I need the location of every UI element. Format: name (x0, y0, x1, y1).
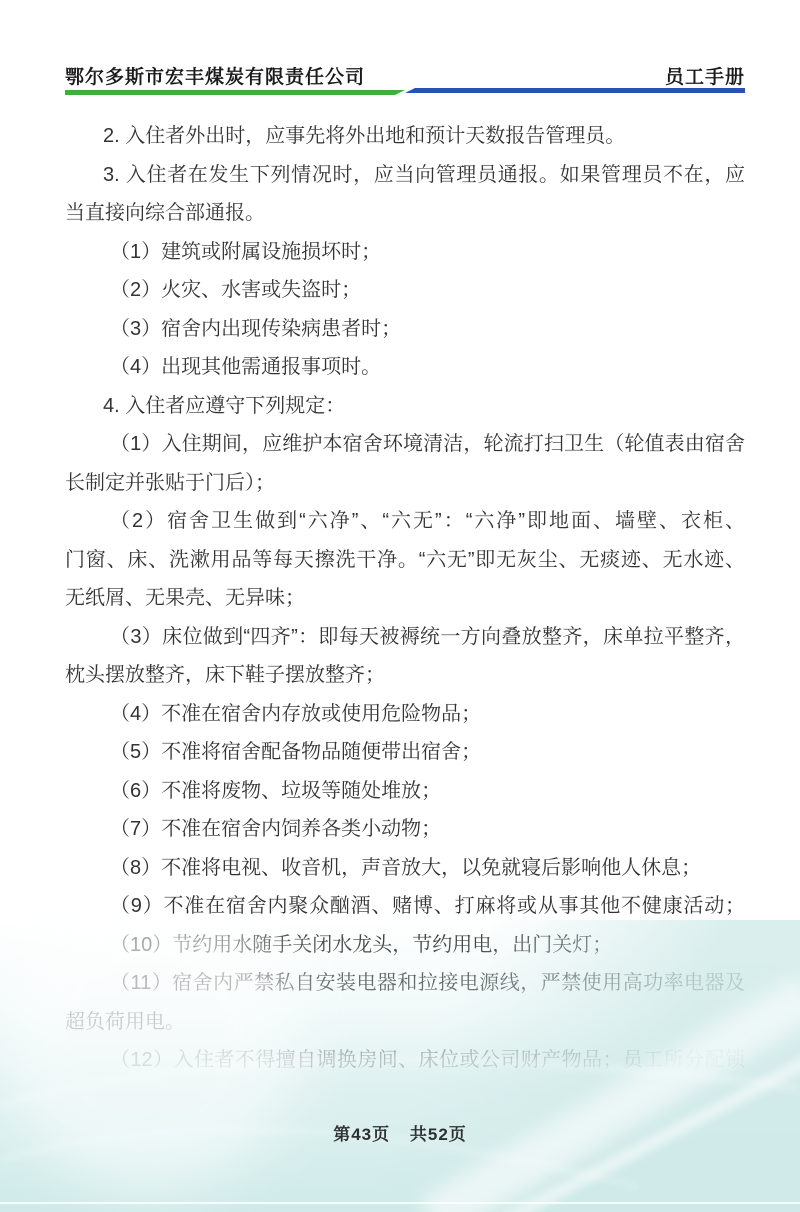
header-company-name: 鄂尔多斯市宏丰煤炭有限责任公司 (65, 62, 365, 89)
footer-wave-art (0, 920, 800, 1212)
body-line: 4. 入住者应遵守下列规定： (65, 387, 745, 426)
body-line: 当直接向综合部通报。 (65, 194, 745, 233)
body-line: （6）不准将废物、垃圾等随处堆放； (65, 772, 745, 811)
page-header: 鄂尔多斯市宏丰煤炭有限责任公司 员工手册 (65, 62, 745, 89)
body-line: （8）不准将电视、收音机，声音放大，以免就寝后影响他人休息； (65, 849, 745, 888)
body-line: 枕头摆放整齐，床下鞋子摆放整齐； (65, 656, 745, 695)
header-divider-blue-segment (405, 88, 745, 93)
header-divider-green-segment (65, 90, 405, 95)
body-line: 无纸屑、无果壳、无异味； (65, 579, 745, 618)
footer-total-pages: 共52页 (410, 1125, 467, 1144)
footer-page-number: 第43页 共52页 (0, 1120, 800, 1145)
body-line: （2）火灾、水害或失盗时； (65, 271, 745, 310)
footer-decoration (0, 920, 800, 1212)
body-line: （4）出现其他需通报事项时。 (65, 348, 745, 387)
body-line: （7）不准在宿舍内饲养各类小动物； (65, 810, 745, 849)
body-line: （3）床位做到“四齐”：即每天被褥统一方向叠放整齐，床单拉平整齐， (65, 618, 745, 657)
body-line: （1）入住期间，应维护本宿舍环境清洁，轮流打扫卫生（轮值表由宿舍 (65, 425, 745, 464)
body-line: 3. 入住者在发生下列情况时，应当向管理员通报。如果管理员不在，应 (65, 156, 745, 195)
body-line: （3）宿舍内出现传染病患者时； (65, 310, 745, 349)
body-line: （2）宿舍卫生做到“六净”、“六无”：“六净”即地面、墙壁、衣柜、 (65, 502, 745, 541)
footer-current-page: 第43页 (333, 1125, 390, 1144)
body-line: 2. 入住者外出时，应事先将外出地和预计天数报告管理员。 (65, 117, 745, 156)
body-line: （4）不准在宿舍内存放或使用危险物品； (65, 695, 745, 734)
body-line: 长制定并张贴于门后）； (65, 464, 745, 503)
body-line: （1）建筑或附属设施损坏时； (65, 233, 745, 272)
body-line: （5）不准将宿舍配备物品随便带出宿舍； (65, 733, 745, 772)
body-line: 门窗、床、洗漱用品等每天擦洗干净。“六无”即无灰尘、无痰迹、无水迹、 (65, 541, 745, 580)
header-doc-title: 员工手册 (665, 62, 745, 89)
document-page: 鄂尔多斯市宏丰煤炭有限责任公司 员工手册 2. 入住者外出时，应事先将外出地和预… (0, 0, 800, 1212)
